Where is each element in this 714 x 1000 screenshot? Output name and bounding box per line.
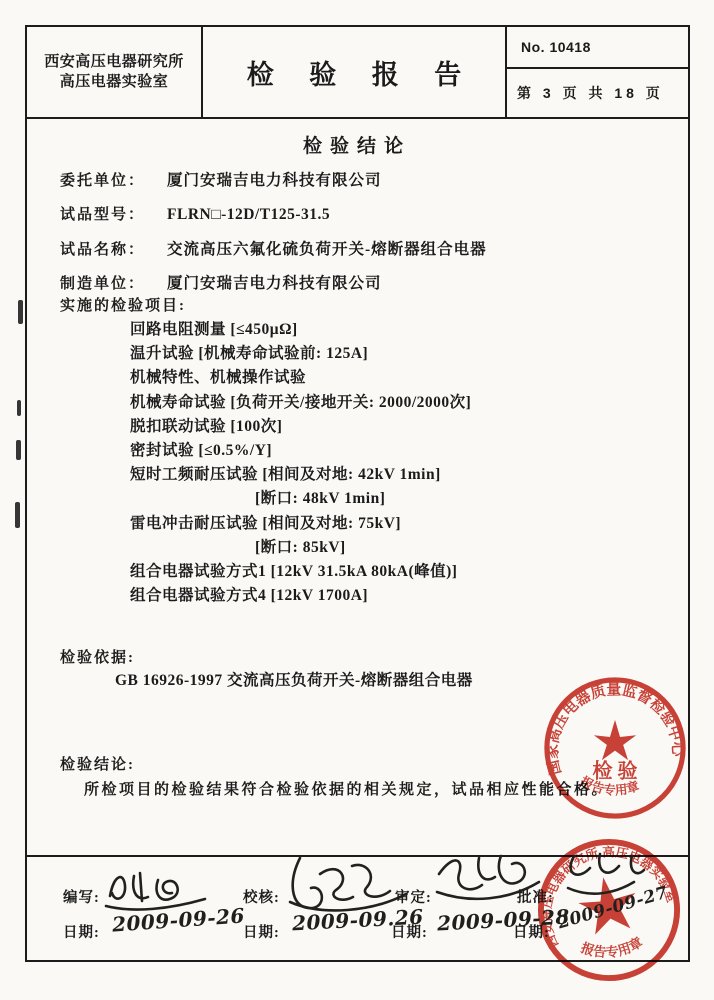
checker-label: 校核: [243,886,280,907]
inspection-report-page: 西安高压电器研究所 高压电器实验室 检 验 报 告 No. 10418 第 3 … [0,0,714,1000]
field-row-client: 委托单位： 厦门安瑞吉电力科技有限公司 [60,168,382,190]
section-title: 检验结论 [0,131,714,158]
basis-label: 检验依据: [60,646,135,667]
page-indicator: 第 3 页 共 18 页 [507,69,688,117]
name-label: 试品名称： [60,242,145,258]
scan-artifact [15,502,20,528]
test-item: 机械特性、机械操作试验 [130,366,590,390]
scan-artifact [16,440,21,460]
seal-bottom-text: 报告专用章 [577,929,647,966]
field-row-model: 试品型号： FLRN□-12D/T125-31.5 [60,203,330,224]
national-center-seal: 国家高压电器质量监督检验中心 检 验 报告专用章 [541,674,689,822]
manufacturer-label: 制造单位： [60,276,145,292]
model-label: 试品型号： [60,207,145,223]
conclusion-label: 检验结论: [60,753,135,774]
manufacturer-value: 厦门安瑞吉电力科技有限公司 [167,275,382,292]
test-item: [断口: 48kV 1min] [130,487,590,511]
basis-value: GB 16926-1997 交流高压负荷开关-熔断器组合电器 [115,668,473,690]
scan-artifact [18,300,23,324]
checker-date-label: 日期: [243,921,280,942]
report-header: 西安高压电器研究所 高压电器实验室 检 验 报 告 No. 10418 第 3 … [25,25,690,119]
model-value: FLRN□-12D/T125-31.5 [167,206,330,223]
approver-date-label: 日期: [513,921,550,942]
field-row-name: 试品名称： 交流高压六氟化硫负荷开关-熔断器组合电器 [60,237,487,259]
report-number: No. 10418 [507,27,688,69]
test-item: 雷电冲击耐压试验 [相间及对地: 75kV] [130,512,590,536]
client-label: 委托单位： [60,173,145,189]
client-value: 厦门安瑞吉电力科技有限公司 [167,172,382,189]
seal-middle-text: 检 验 [593,759,638,783]
field-row-manufacturer: 制造单位： 厦门安瑞吉电力科技有限公司 [60,271,382,293]
org-line2: 高压电器实验室 [60,72,169,92]
test-item: 组合电器试验方式4 [12kV 1700A] [130,584,590,608]
writer-date-label: 日期: [63,921,100,942]
test-item: 回路电阻测量 [≤450μΩ] [130,318,590,342]
test-items-list: 回路电阻测量 [≤450μΩ] 温升试验 [机械寿命试验前: 125A] 机械特… [130,318,590,608]
issuing-organization: 西安高压电器研究所 高压电器实验室 [27,27,203,117]
reviewer-date-label: 日期: [391,921,428,942]
test-item: 温升试验 [机械寿命试验前: 125A] [130,342,590,366]
name-value: 交流高压六氟化硫负荷开关-熔断器组合电器 [167,241,487,258]
test-item: 密封试验 [≤0.5%/Y] [130,439,590,463]
report-title: 检 验 报 告 [203,27,505,117]
test-item: 组合电器试验方式1 [12kV 31.5kA 80kA(峰值)] [130,560,590,584]
test-item: 短时工频耐压试验 [相间及对地: 42kV 1min] [130,463,590,487]
test-item: [断口: 85kV] [130,536,590,560]
test-item: 脱扣联动试验 [100次] [130,415,590,439]
test-item: 机械寿命试验 [负荷开关/接地开关: 2000/2000次] [130,391,590,415]
writer-label: 编写: [63,886,100,907]
header-right-cell: No. 10418 第 3 页 共 18 页 [505,27,688,117]
svg-text:报告专用章: 报告专用章 [577,929,647,966]
org-line1: 西安高压电器研究所 [44,52,184,72]
test-items-heading: 实施的检验项目: [60,294,186,315]
scan-artifact [17,400,21,416]
